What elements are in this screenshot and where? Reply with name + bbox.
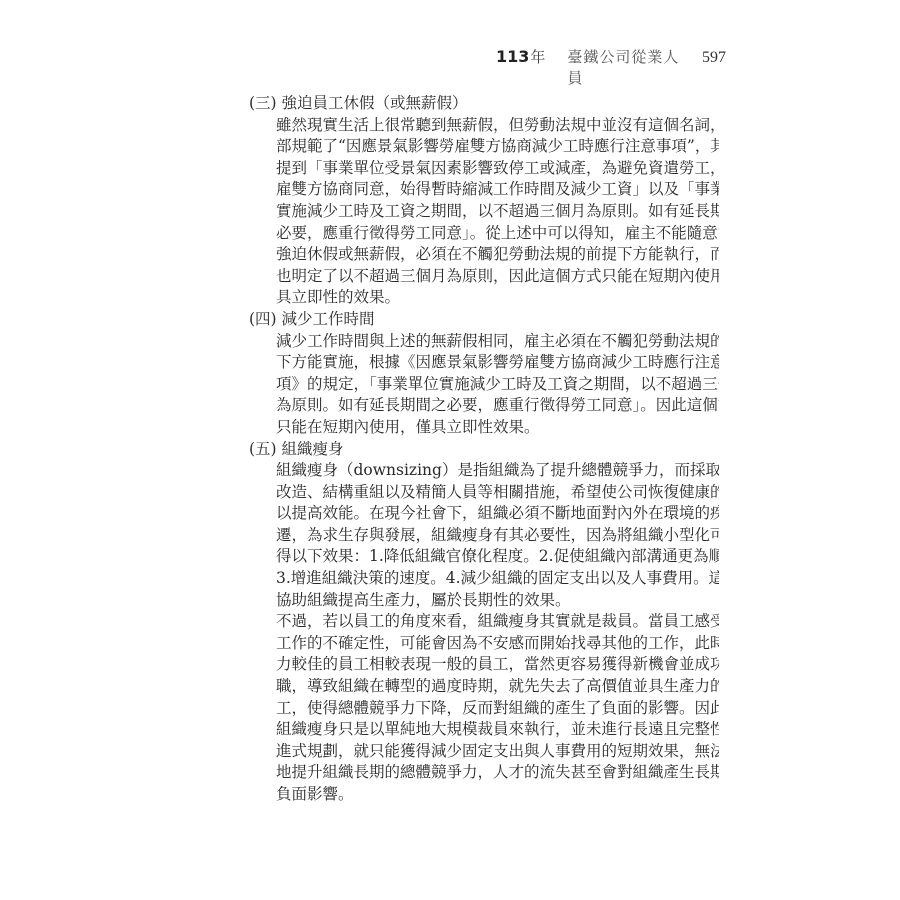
header-title: 臺鐵公司從業人員 [567,46,688,88]
text-line: 部規範了“因應景氣影響勞雇雙方協商減少工時應行注意事項”，其中 [276,136,719,158]
text-line: 不過，若以員工的角度來看，組織瘦身其實就是裁員。當員工感受到了 [276,611,719,633]
text-line: 工作的不確定性，可能會因為不安感而開始找尋其他的工作，此時，能 [276,633,719,655]
text-line: 組織瘦身（downsizing）是指組織為了提升總體競爭力，而採取了流程 [276,460,719,482]
text-line: 實施減少工時及工資之期間，以不超過三個月為原則。如有延長期間之 [276,201,719,223]
text-line: 組織瘦身只是以單純地大規模裁員來執行，並未進行長遠且完整性的漸 [276,719,719,741]
text-line: 遷，為求生存與發展，組織瘦身有其必要性，因為將組織小型化可能獲 [276,525,719,547]
header-year-suffix: 年 [530,46,545,67]
text-line: 強迫休假或無薪假，必須在不觸犯勞動法規的前提下方能執行，而法規 [276,244,719,266]
text-line: 力較佳的員工相較表現一般的員工，當然更容易獲得新機會並成功轉 [276,654,719,676]
page-body: (三) 強迫員工休假（或無薪假） 雖然現實生活上很常聽到無薪假，但勞動法規中並沒… [249,93,721,806]
text-line: 也明定了以不超過三個月為原則，因此這個方式只能在短期內使用，僅 [276,266,719,288]
text-line: 進式規劃，就只能獲得減少固定支出與人事費用的短期效果，無法真正 [276,741,719,763]
text-line: 具立即性的效果。 [276,287,719,309]
text-line: 項》的規定，「事業單位實施減少工時及工資之期間，以不超過三個月 [276,374,719,396]
page-number: 597 [702,49,726,67]
text-line: 改造、結構重組以及精簡人員等相關措施，希望使公司恢復健康的體質 [276,482,719,504]
paragraph: 不過，若以員工的角度來看，組織瘦身其實就是裁員。當員工感受到了 工作的不確定性，… [276,611,719,805]
running-header: 113年 臺鐵公司從業人員 597 [496,46,726,70]
text-line: 只能在短期內使用，僅具立即性效果。 [276,417,719,439]
section-heading: (五) 組織瘦身 [249,439,721,461]
text-line: 工，使得總體競爭力下降，反而對組織的產生了負面的影響。因此，若 [276,698,719,720]
text-line: 協助組織提高生產力，屬於長期性的效果。 [276,590,719,612]
text-line: 負面影響。 [276,784,719,806]
text-line: 得以下效果：1.降低組織官僚化程度。2.促使組織內部溝通更為順暢。 [276,546,719,568]
text-line: 雖然現實生活上很常聽到無薪假，但勞動法規中並沒有這個名詞，勞動 [276,115,719,137]
text-line: 3.增進組織決策的速度。4.減少組織的固定支出以及人事費用。這些皆能 [276,568,719,590]
text-line: 提到「事業單位受景氣因素影響致停工或減產，為避免資遣勞工，經勞 [276,158,719,180]
paragraph: 雖然現實生活上很常聽到無薪假，但勞動法規中並沒有這個名詞，勞動 部規範了“因應景… [276,115,719,309]
section-heading: (三) 強迫員工休假（或無薪假） [249,93,721,115]
text-line: 雇雙方協商同意，始得暫時縮減工作時間及減少工資」以及「事業單位 [276,179,719,201]
paragraph: 減少工作時間與上述的無薪假相同，雇主必須在不觸犯勞動法規的前提 下方能實施，根據… [276,331,719,439]
text-line: 必要，應重行徵得勞工同意」。從上述中可以得知，雇主不能隨意實施 [276,223,719,245]
text-line: 為原則。如有延長期間之必要，應重行徵得勞工同意」。因此這個方式 [276,395,719,417]
text-line: 下方能實施，根據《因應景氣影響勞雇雙方協商減少工時應行注意事 [276,352,719,374]
text-line: 職，導致組織在轉型的過度時期，就先失去了高價值並具生產力的員 [276,676,719,698]
section-forced-leave: (三) 強迫員工休假（或無薪假） 雖然現實生活上很常聽到無薪假，但勞動法規中並沒… [249,93,721,309]
section-downsizing: (五) 組織瘦身 組織瘦身（downsizing）是指組織為了提升總體競爭力，而… [249,439,721,806]
text-line: 以提高效能。在現今社會下，組織必須不斷地面對內外在環境的疾速變 [276,503,719,525]
text-line: 減少工作時間與上述的無薪假相同，雇主必須在不觸犯勞動法規的前提 [276,331,719,353]
section-reduce-work-hours: (四) 減少工作時間 減少工作時間與上述的無薪假相同，雇主必須在不觸犯勞動法規的… [249,309,721,439]
section-heading: (四) 減少工作時間 [249,309,721,331]
paragraph: 組織瘦身（downsizing）是指組織為了提升總體競爭力，而採取了流程 改造、… [276,460,719,611]
text-line: 地提升組織長期的總體競爭力，人才的流失甚至會對組織產生長期性的 [276,762,719,784]
header-year: 113 [496,47,529,66]
